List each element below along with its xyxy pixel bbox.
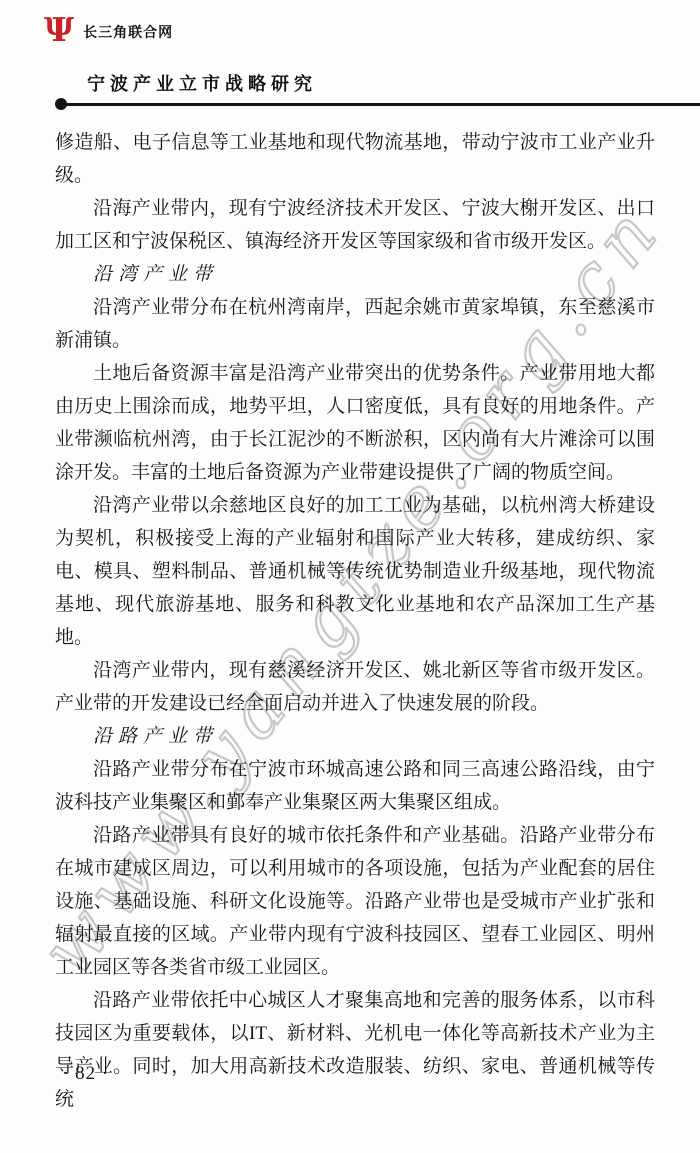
body-paragraph: 沿海产业带内，现有宁波经济技术开发区、宁波大榭开发区、出口加工区和宁波保税区、镇… [55,192,655,258]
running-title: 宁波产业立市战略研究 [87,70,317,96]
header-rule [56,103,700,106]
body-paragraph: 修造船、电子信息等工业基地和现代物流基地，带动宁波市工业产业升级。 [55,126,655,192]
body-paragraph: 沿路产业带具有良好的城市依托条件和产业基础。沿路产业带分布在城市建成区周边，可以… [55,819,655,984]
body-paragraph: 沿湾产业带分布在杭州湾南岸，西起余姚市黄家埠镇，东至慈溪市新浦镇。 [55,291,655,357]
body-paragraph: 沿湾产业带以余慈地区良好的加工工业为基础，以杭州湾大桥建设为契机，积极接受上海的… [55,489,655,654]
body-paragraph: 沿湾产业带内，现有慈溪经济开发区、姚北新区等省市级开发区。产业带的开发建设已经全… [55,654,655,720]
document-body: 修造船、电子信息等工业基地和现代物流基地，带动宁波市工业产业升级。 沿海产业带内… [55,126,655,1116]
section-subheading: 沿路产业带 [55,720,655,753]
rule-bullet-dot [55,98,67,110]
body-paragraph: 土地后备资源丰富是沿湾产业带突出的优势条件。产业带用地大都由历史上围涂而成，地势… [55,357,655,489]
page-number: · 82 · [62,1063,109,1085]
site-logo: Ψ 长三角联合网 [44,13,173,46]
psi-logo-icon: Ψ [44,13,74,46]
body-paragraph: 沿路产业带依托中心城区人才聚集高地和完善的服务体系，以市科技园区为重要载体，以I… [55,984,655,1116]
section-subheading: 沿湾产业带 [55,258,655,291]
body-paragraph: 沿路产业带分布在宁波市环城高速公路和同三高速公路沿线，由宁波科技产业集聚区和鄞奉… [55,753,655,819]
site-logo-text: 长三角联合网 [83,18,173,42]
document-page: www.yangtze.org.cn Ψ 长三角联合网 宁波产业立市战略研究 修… [0,0,700,1153]
